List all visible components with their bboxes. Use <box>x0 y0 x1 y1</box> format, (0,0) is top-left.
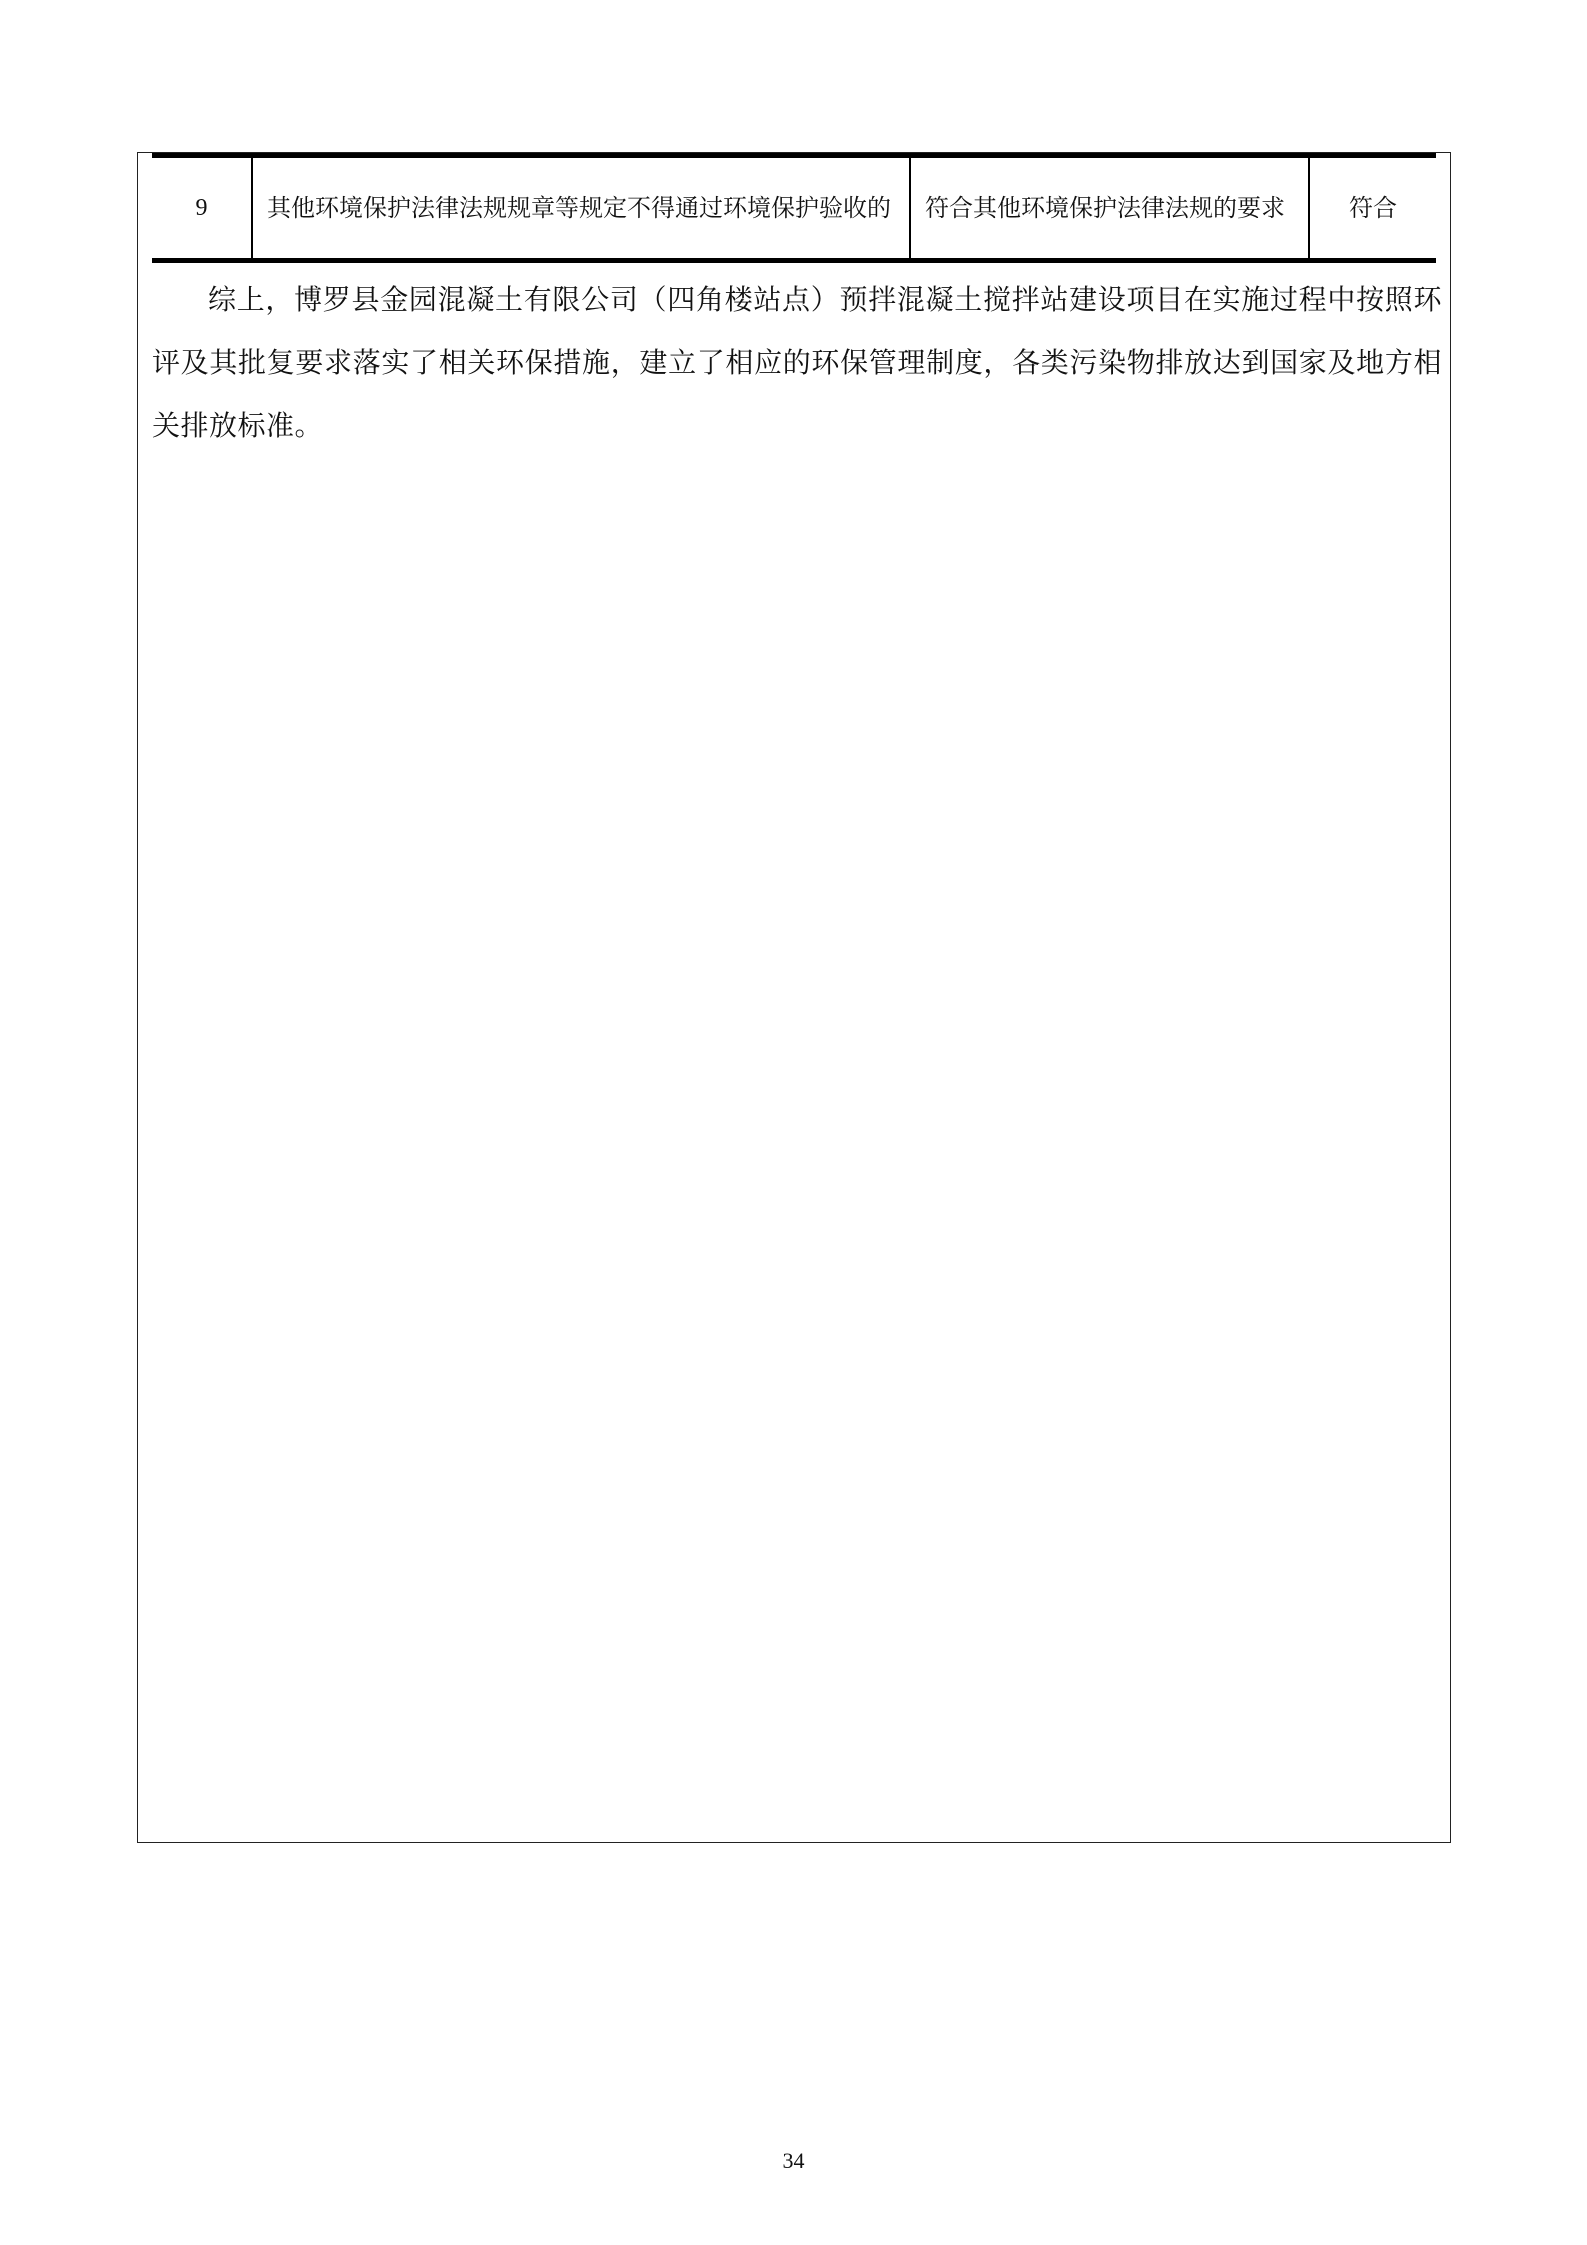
table-row: 9 其他环境保护法律法规规章等规定不得通过环境保护验收的 符合其他环境保护法律法… <box>152 156 1436 261</box>
summary-paragraph: 综上，博罗县金园混凝土有限公司（四角楼站点）预拌混凝土搅拌站建设项目在实施过程中… <box>152 268 1442 457</box>
row-number: 9 <box>152 156 252 261</box>
check-item: 其他环境保护法律法规规章等规定不得通过环境保护验收的 <box>252 156 910 261</box>
implementation-status: 符合其他环境保护法律法规的要求 <box>910 156 1309 261</box>
compliance-result: 符合 <box>1309 156 1436 261</box>
page-number: 34 <box>0 2148 1587 2174</box>
compliance-table: 9 其他环境保护法律法规规章等规定不得通过环境保护验收的 符合其他环境保护法律法… <box>152 153 1436 263</box>
